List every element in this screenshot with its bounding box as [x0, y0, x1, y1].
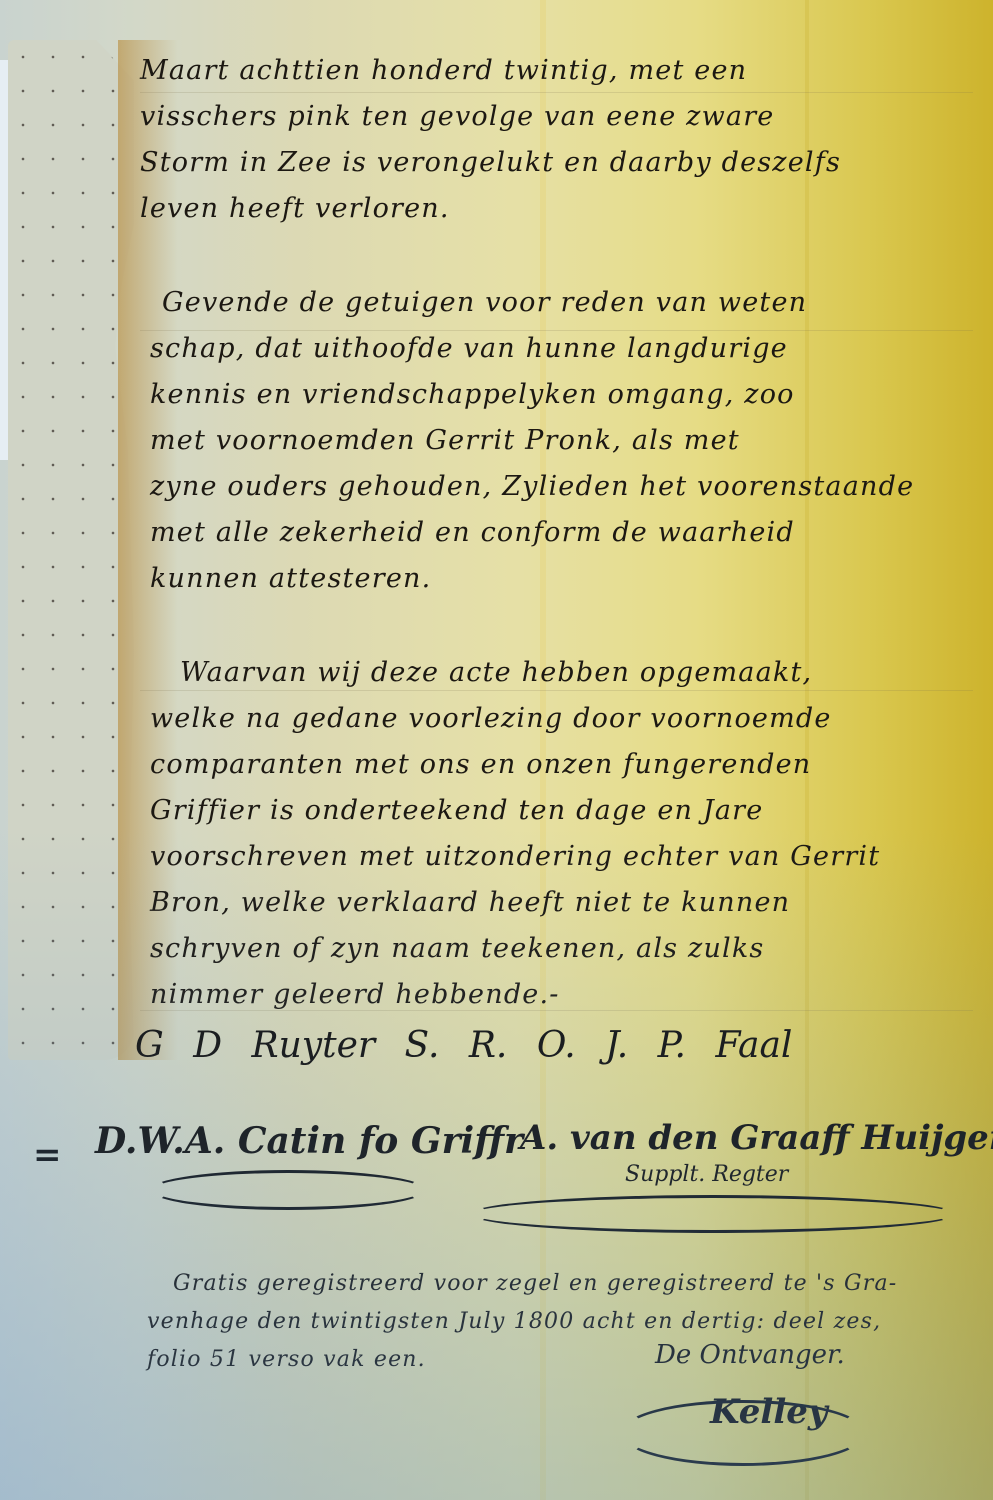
- text-line: kennis en vriendschappelyken omgang, zoo: [150, 372, 970, 418]
- text-line: met voornoemden Gerrit Pronk, als met: [150, 418, 970, 464]
- equals-mark: =: [33, 1135, 62, 1175]
- text-line: voorschreven met uitzondering echter van…: [150, 834, 970, 880]
- text-line: Maart achttien honderd twintig, met een: [140, 48, 970, 94]
- handwritten-body: Maart achttien honderd twintig, met een …: [140, 48, 970, 1018]
- text-line: met alle zekerheid en conform de waarhei…: [150, 510, 970, 556]
- paragraph-2: Gevende de getuigen voor reden van weten…: [140, 280, 970, 602]
- judge-title: Supplt. Regter: [625, 1162, 788, 1187]
- dotted-paper-underlay: [8, 40, 134, 1060]
- signature-flourish: [150, 1170, 426, 1210]
- text-line: schryven of zyn naam teekenen, als zulks: [150, 926, 970, 972]
- text-line: welke na gedane voorlezing door voornoem…: [150, 696, 970, 742]
- text-line: kunnen attesteren.: [150, 556, 970, 602]
- text-line: Gevende de getuigen voor reden van weten: [150, 280, 970, 326]
- paragraph-3: Waarvan wij deze acte hebben opgemaakt, …: [140, 650, 970, 1018]
- griffier-signature: D.W.A. Catin fo Griffr: [95, 1120, 523, 1162]
- witness-signatures: G D Ruyter S. R. O. J. P. Faal: [135, 1025, 792, 1066]
- receiver-title: De Ontvanger.: [655, 1340, 845, 1370]
- text-line: nimmer geleerd hebbende.-: [150, 972, 970, 1018]
- judge-signature: A. van den Graaff Huijgen: [520, 1118, 993, 1158]
- text-line: Storm in Zee is verongelukt en daarby de…: [140, 140, 970, 186]
- text-line: Bron, welke verklaard heeft niet te kunn…: [150, 880, 970, 926]
- text-line: zyne ouders gehouden, Zylieden het voore…: [150, 464, 970, 510]
- text-line: Gratis geregistreerd voor zegel en gereg…: [165, 1265, 897, 1303]
- text-line: Griffier is onderteekend ten dage en Jar…: [150, 788, 970, 834]
- text-line: leven heeft verloren.: [140, 186, 970, 232]
- text-line: venhage den twintigsten July 1800 acht e…: [147, 1303, 897, 1341]
- text-line: visschers pink ten gevolge van eene zwar…: [140, 94, 970, 140]
- text-line: Waarvan wij deze acte hebben opgemaakt,: [150, 650, 970, 696]
- text-line: comparanten met ons en onzen fungerenden: [150, 742, 970, 788]
- text-line: schap, dat uithoofde van hunne langdurig…: [150, 326, 970, 372]
- signature-flourish: [470, 1195, 956, 1233]
- signature-flourish: [620, 1400, 866, 1466]
- paragraph-1: Maart achttien honderd twintig, met een …: [140, 48, 970, 232]
